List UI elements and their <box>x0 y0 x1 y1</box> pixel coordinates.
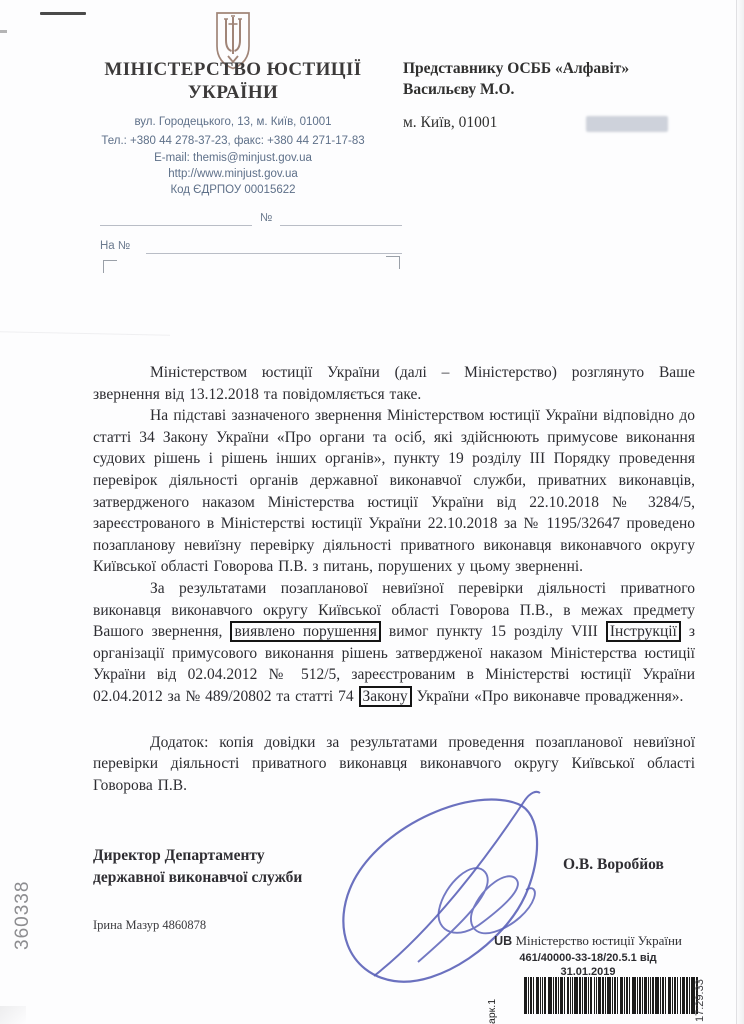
paragraph-attachment: Додаток: копія довідки за результатами п… <box>93 732 695 797</box>
scan-edge-shadow <box>736 0 744 1024</box>
findings-text-4: України «Про виконавче провадження». <box>412 688 684 705</box>
recipient-org: Представнику ОСББ «Алфавіт» <box>403 58 713 79</box>
number-blank-line <box>280 225 402 226</box>
ministry-title-line2: УКРАЇНИ <box>85 81 381 104</box>
letter-body: Міністерством юстиції України (далі – Мі… <box>93 362 695 796</box>
number-sign-label: № <box>260 212 272 224</box>
paragraph-legal-basis: На підставі зазначеного звернення Мініст… <box>93 405 695 578</box>
scanned-letter-page: МІНІСТЕРСТВО ЮСТИЦІЇ УКРАЇНИ вул. Городе… <box>0 0 744 1024</box>
stamp-org-prefix: UB <box>494 934 512 948</box>
scan-left-artifact <box>0 30 7 33</box>
paragraph-findings: За результатами позапланової невиїзної п… <box>93 578 695 708</box>
letterhead-phone-fax: Тел.: +380 44 278-37-23, факс: +380 44 2… <box>70 135 396 147</box>
executor-line: Ірина Мазур 4860878 <box>93 918 206 933</box>
scan-corner-shadow <box>0 1006 26 1024</box>
letterhead-website: http://www.minjust.gov.ua <box>70 168 396 180</box>
margin-registration-number: 360338 <box>12 846 38 950</box>
reply-to-number-row: На № <box>100 240 402 256</box>
ministry-title-line1: МІНІСТЕРСТВО ЮСТИЦІЇ <box>85 58 381 81</box>
letterhead-edrpou-code: Код ЄДРПОУ 00015622 <box>70 184 396 196</box>
stamp-doc-number: 461/40000-33-18/20.5.1 від <box>468 952 708 964</box>
annotation-box-instruction: Інструкції <box>606 621 681 642</box>
barcode <box>524 977 700 1014</box>
scan-time-label: 17:29:33 <box>694 962 708 1022</box>
address-corner-mark-right <box>386 256 400 269</box>
scan-top-artifact <box>40 12 86 15</box>
stamp-org-name: Міністерство юстиції України <box>512 933 682 948</box>
reply-to-blank-line <box>146 253 402 254</box>
annotation-box-law: Закону <box>359 686 412 707</box>
erased-text-smudge <box>586 116 668 132</box>
scan-edge-line <box>736 0 737 1024</box>
letterhead-email: E-mail: themis@minjust.gov.ua <box>70 152 396 164</box>
stamp-org-line: UB Міністерство юстиції України <box>468 933 708 949</box>
annotation-box-violation: виявлено порушення <box>230 621 380 642</box>
date-blank-line <box>100 225 252 226</box>
paper-crease <box>0 331 170 336</box>
reply-to-label: На № <box>100 240 130 252</box>
sheet-number-label: арк.1 <box>486 984 500 1024</box>
outgoing-number-row: № <box>100 212 402 228</box>
findings-text-2: вимог пункту 15 розділу VIII <box>381 623 606 640</box>
letterhead-contacts: вул. Городецького, 13, м. Київ, 01001 Те… <box>70 116 396 196</box>
paragraph-intro: Міністерством юстиції України (далі – Мі… <box>93 362 695 405</box>
letterhead-address: вул. Городецького, 13, м. Київ, 01001 <box>70 116 396 128</box>
address-corner-mark-left <box>103 260 117 273</box>
ministry-title: МІНІСТЕРСТВО ЮСТИЦІЇ УКРАЇНИ <box>85 58 381 104</box>
recipient-person: Васильєву М.О. <box>403 79 713 100</box>
